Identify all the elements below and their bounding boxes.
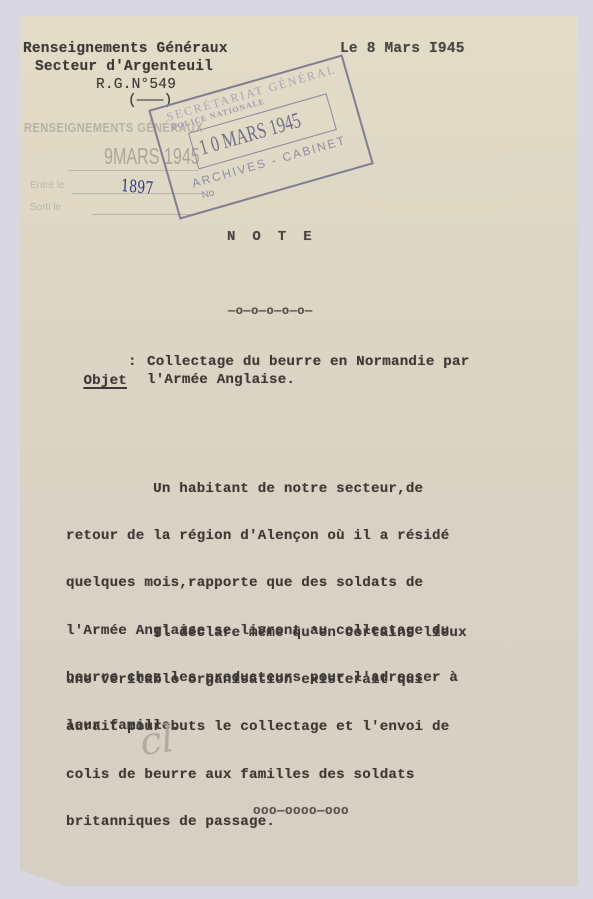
paragraph-1-line: retour de la région d'Alençon où il a ré… (66, 529, 458, 545)
paragraph-2-line: aurait pour buts le collectage et l'envo… (66, 720, 467, 736)
paragraph-2-line: colis de beurre aux familles des soldats (66, 768, 467, 784)
stamp-number-label: No (200, 187, 215, 201)
paragraph-2-line: une véritable organisation existerait qu… (66, 673, 467, 689)
paragraph-2-line: Il déclare même qu'en certains lieux (66, 626, 467, 642)
closing-separator: ooo—oooo—ooo (253, 802, 349, 821)
subject-label: Objet (66, 353, 127, 391)
paragraph-1-line: quelques mois,rapporte que des soldats d… (66, 576, 458, 592)
header-service: Renseignements Généraux (23, 40, 228, 59)
form-entry-label: Entré le (30, 180, 64, 191)
form-exit-line (92, 214, 192, 215)
paragraph-1-line: Un habitant de notre secteur,de (66, 482, 458, 498)
header-date: Le 8 Mars I945 (340, 40, 465, 59)
form-exit-label: Sorti le (30, 202, 61, 213)
subject-label-text: Objet (83, 373, 127, 389)
document-title: NOTE (227, 228, 329, 247)
subject-line-1: Collectage du beurre en Normandie par (147, 353, 469, 372)
subject-colon: : (128, 353, 137, 372)
handwritten-registration-number: 1897 (120, 176, 153, 199)
header-sector: Secteur d'Argenteuil (35, 58, 213, 77)
handwritten-initial: cl (137, 716, 176, 764)
subject-line-2: l'Armée Anglaise. (147, 371, 295, 390)
title-separator: —o—o—o—o—o— (228, 302, 313, 321)
